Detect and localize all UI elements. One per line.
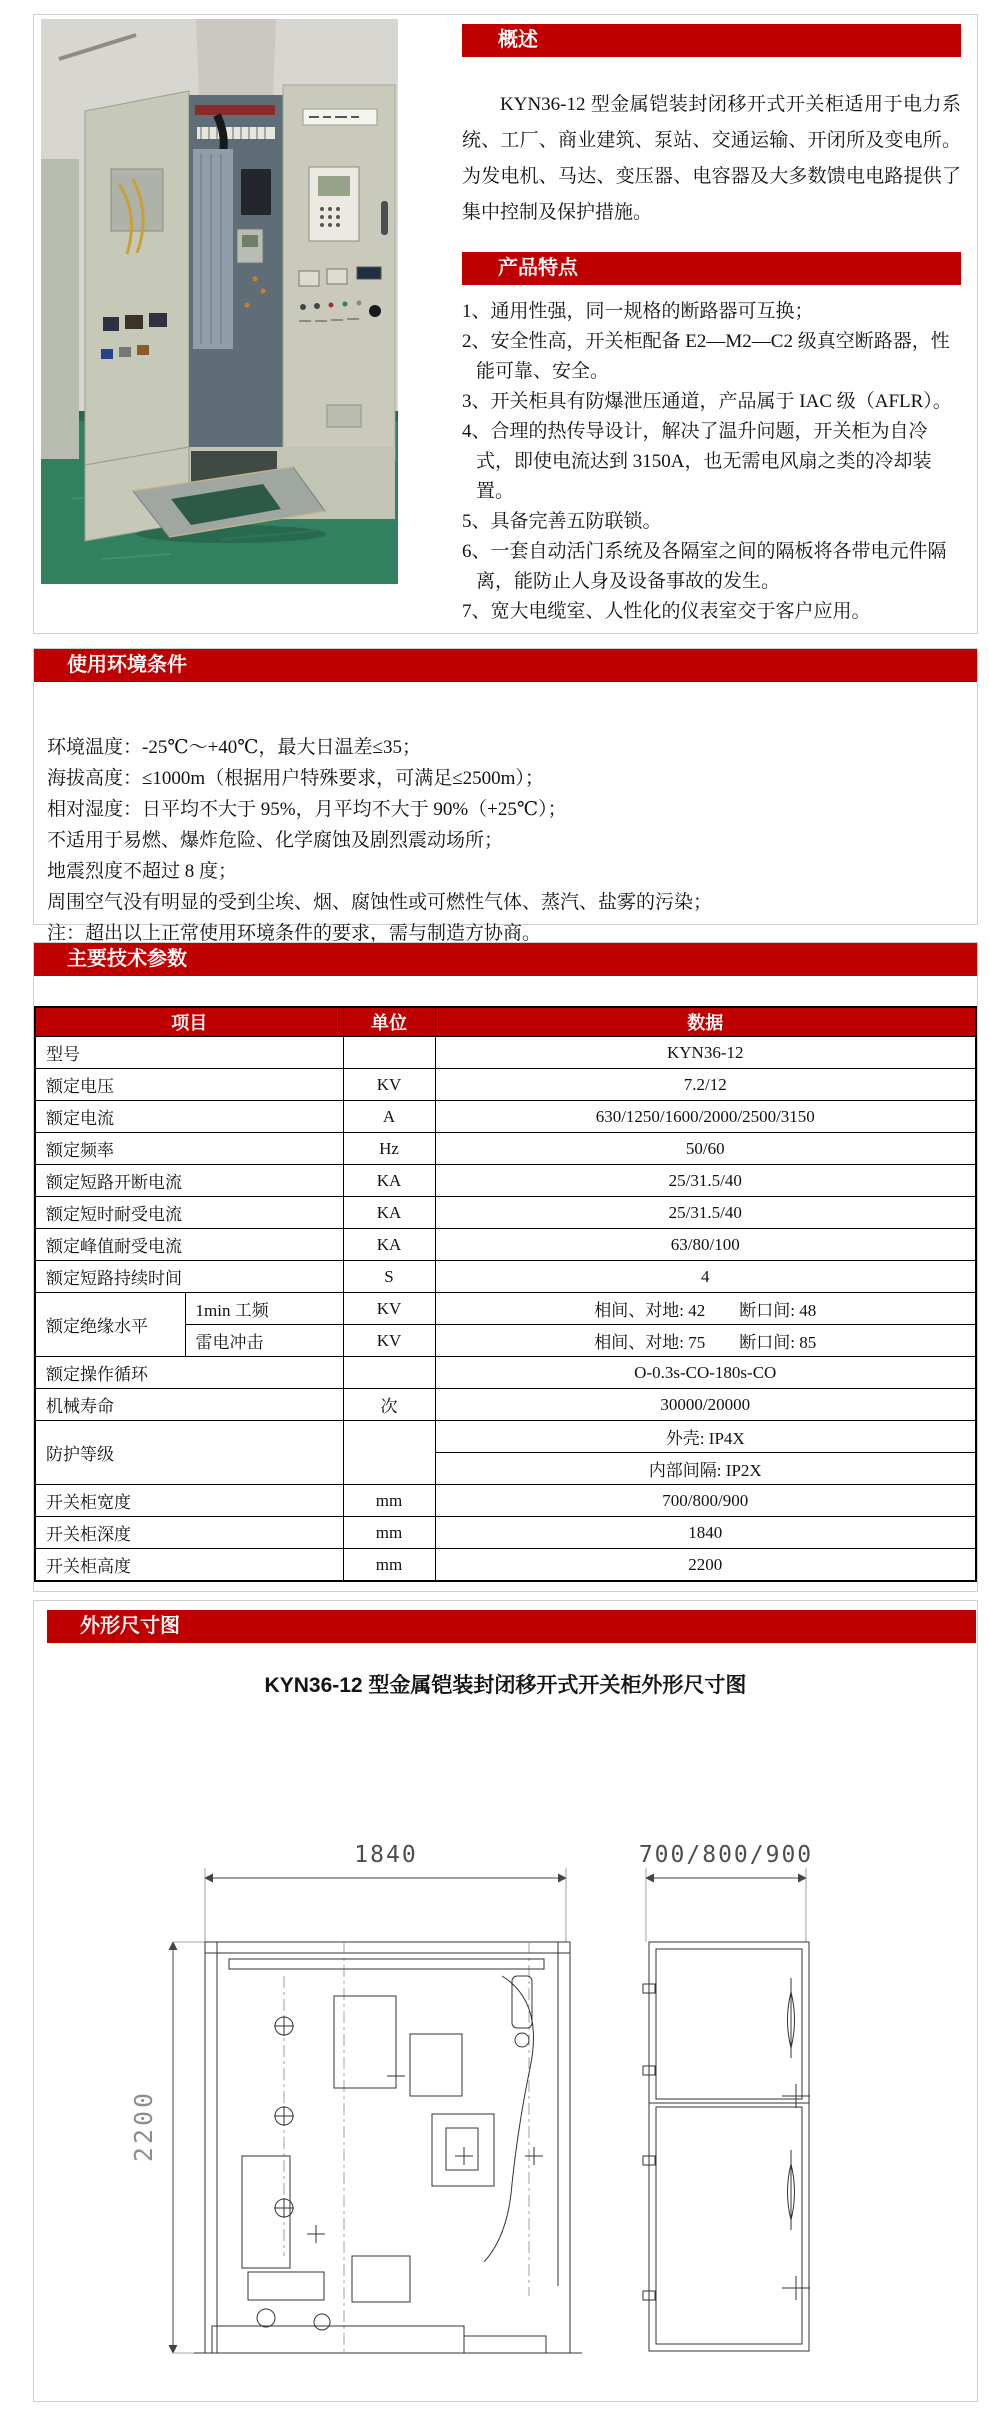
front-view-drawing <box>643 1942 810 2351</box>
table-row: 项目单位数据 <box>35 1007 976 1037</box>
environment-line: 不适用于易燃、爆炸危险、化学腐蚀及剧烈震动场所； <box>47 825 977 856</box>
param-cell: mm <box>343 1549 435 1582</box>
param-cell: Hz <box>343 1133 435 1165</box>
table-row: 型号KYN36-12 <box>35 1037 976 1069</box>
param-cell: 额定短路开断电流 <box>35 1165 343 1197</box>
feature-item: 4、合理的热传导设计，解决了温升问题，开关柜为自冷式，即使电流达到 3150A，… <box>462 417 961 507</box>
param-cell: 相间、对地: 75 断口间: 85 <box>435 1325 976 1357</box>
black-button <box>369 305 381 317</box>
features-section-header: 产品特点 <box>462 252 961 285</box>
environment-lines: 环境温度：-25℃～+40℃，最大日温差≤35； 海拔高度：≤1000m（根据用… <box>47 732 977 949</box>
param-cell <box>343 1037 435 1069</box>
param-cell: mm <box>343 1485 435 1517</box>
side-view-drawing <box>194 1942 582 2353</box>
param-cell: 630/1250/1600/2000/2500/3150 <box>435 1101 976 1133</box>
left-cabinet <box>41 159 79 459</box>
dimension-drawing: 1840 700/800/900 2200 <box>34 1826 977 2371</box>
param-cell: 4 <box>435 1261 976 1293</box>
overview-section-header: 概述 <box>462 24 961 57</box>
table-row: 机械寿命次30000/20000 <box>35 1389 976 1421</box>
param-cell: A <box>343 1101 435 1133</box>
door-handle <box>381 201 388 235</box>
feature-item: 6、一套自动活门系统及各隔室之间的隔板将各带电元件隔离，能防止人身及设备事故的发… <box>462 537 961 597</box>
parameters-table-head: 项目单位数据 <box>35 1007 976 1037</box>
param-cell: 25/31.5/40 <box>435 1197 976 1229</box>
param-cell: mm <box>343 1517 435 1549</box>
dim-depth-label: 1840 <box>354 1842 417 1868</box>
param-cell: KV <box>343 1325 435 1357</box>
param-cell: 外壳: IP4X <box>435 1421 976 1453</box>
param-cell <box>343 1357 435 1389</box>
environment-line: 环境温度：-25℃～+40℃，最大日温差≤35； <box>47 732 977 763</box>
overview-title: 概述 <box>498 29 538 51</box>
param-cell: O-0.3s-CO-180s-CO <box>435 1357 976 1389</box>
param-cell: 7.2/12 <box>435 1069 976 1101</box>
param-cell: KA <box>343 1197 435 1229</box>
param-cell: 开关柜宽度 <box>35 1485 343 1517</box>
param-cell: S <box>343 1261 435 1293</box>
table-row: 额定峰值耐受电流KA63/80/100 <box>35 1229 976 1261</box>
environment-section-header: 使用环境条件 <box>34 649 977 682</box>
parameters-table: 项目单位数据 型号KYN36-12额定电压KV7.2/12额定电流A630/12… <box>34 1006 977 1582</box>
environment-title: 使用环境条件 <box>67 654 187 676</box>
feature-item: 3、开关柜具有防爆泄压通道，产品属于 IAC 级（AFLR）。 <box>462 387 961 417</box>
dim-depth: 1840 <box>205 1842 566 1942</box>
param-cell: 开关柜深度 <box>35 1517 343 1549</box>
param-cell: 机械寿命 <box>35 1389 343 1421</box>
param-cell: 相间、对地: 42 断口间: 48 <box>435 1293 976 1325</box>
param-cell: 63/80/100 <box>435 1229 976 1261</box>
table-row: 额定短路持续时间S4 <box>35 1261 976 1293</box>
table-row: 开关柜高度mm2200 <box>35 1549 976 1582</box>
dim-height: 2200 <box>129 1942 205 2353</box>
param-cell: 额定电压 <box>35 1069 343 1101</box>
drawing-caption: KYN36-12 型金属铠装封闭移开式开关柜外形尺寸图 <box>34 1669 977 1699</box>
param-cell: 雷电冲击 <box>185 1325 343 1357</box>
parameters-title: 主要技术参数 <box>67 948 187 970</box>
environment-line: 周围空气没有明显的受到尘埃、烟、腐蚀性或可燃性气体、蒸汽、盐雾的污染； <box>47 887 977 918</box>
feature-item: 5、具备完善五防联锁。 <box>462 507 961 537</box>
param-cell: 开关柜高度 <box>35 1549 343 1582</box>
table-row: 额定绝缘水平1min 工频KV相间、对地: 42 断口间: 48 <box>35 1293 976 1325</box>
param-cell: 内部间隔: IP2X <box>435 1453 976 1485</box>
dim-width: 700/800/900 <box>639 1842 813 1942</box>
param-cell: 700/800/900 <box>435 1485 976 1517</box>
param-cell: KA <box>343 1165 435 1197</box>
drawing-section-header: 外形尺寸图 <box>47 1610 976 1643</box>
feature-item: 2、安全性高，开关柜配备 E2—M2—C2 级真空断路器，性能可靠、安全。 <box>462 327 961 387</box>
intro-right-column: 概述 KYN36-12 型金属铠装封闭移开式开关柜适用于电力系统、工厂、商业建筑… <box>462 15 961 627</box>
environment-section: 使用环境条件 环境温度：-25℃～+40℃，最大日温差≤35； 海拔高度：≤10… <box>33 648 978 925</box>
param-cell: 额定短时耐受电流 <box>35 1197 343 1229</box>
open-door-left <box>85 91 189 465</box>
param-cell: 2200 <box>435 1549 976 1582</box>
param-cell: 额定频率 <box>35 1133 343 1165</box>
param-cell: KYN36-12 <box>435 1037 976 1069</box>
table-row: 额定频率Hz50/60 <box>35 1133 976 1165</box>
param-header-cell: 单位 <box>343 1007 435 1037</box>
param-cell: KA <box>343 1229 435 1261</box>
param-cell: 防护等级 <box>35 1421 343 1485</box>
param-cell: 25/31.5/40 <box>435 1165 976 1197</box>
param-cell: 额定峰值耐受电流 <box>35 1229 343 1261</box>
table-row: 额定短时耐受电流KA25/31.5/40 <box>35 1197 976 1229</box>
product-photo <box>41 19 398 584</box>
product-datasheet-page: { "colors":{"accent_red":"#c00000","head… <box>0 0 989 2424</box>
param-cell: 额定电流 <box>35 1101 343 1133</box>
table-row: 额定操作循环O-0.3s-CO-180s-CO <box>35 1357 976 1389</box>
table-row: 开关柜宽度mm700/800/900 <box>35 1485 976 1517</box>
features-title: 产品特点 <box>498 257 578 279</box>
table-row: 额定电压KV7.2/12 <box>35 1069 976 1101</box>
param-header-cell: 项目 <box>35 1007 343 1037</box>
environment-line: 相对湿度：日平均不大于 95%，月平均不大于 90%（+25℃）； <box>47 794 977 825</box>
parameters-table-body: 型号KYN36-12额定电压KV7.2/12额定电流A630/1250/1600… <box>35 1037 976 1582</box>
param-cell: 1840 <box>435 1517 976 1549</box>
dim-height-label: 2200 <box>129 2090 158 2162</box>
dim-width-label: 700/800/900 <box>639 1842 813 1868</box>
parameters-section: 主要技术参数 项目单位数据 型号KYN36-12额定电压KV7.2/12额定电流… <box>33 942 978 1592</box>
overview-paragraph: KYN36-12 型金属铠装封闭移开式开关柜适用于电力系统、工厂、商业建筑、泵站… <box>462 87 961 231</box>
parameters-section-header: 主要技术参数 <box>34 943 977 976</box>
param-cell: 额定短路持续时间 <box>35 1261 343 1293</box>
table-row: 开关柜深度mm1840 <box>35 1517 976 1549</box>
table-row: 防护等级外壳: IP4X <box>35 1421 976 1453</box>
table-row: 额定电流A630/1250/1600/2000/2500/3150 <box>35 1101 976 1133</box>
feature-item: 1、通用性强，同一规格的断路器可互换； <box>462 297 961 327</box>
param-cell: 次 <box>343 1389 435 1421</box>
environment-line: 地震烈度不超过 8 度； <box>47 856 977 887</box>
param-header-cell: 数据 <box>435 1007 976 1037</box>
param-cell: 1min 工频 <box>185 1293 343 1325</box>
param-cell: 额定绝缘水平 <box>35 1293 185 1357</box>
param-cell: 30000/20000 <box>435 1389 976 1421</box>
feature-item: 7、宽大电缆室、人性化的仪表室交于客户应用。 <box>462 597 961 627</box>
param-cell: KV <box>343 1293 435 1325</box>
param-cell: 额定操作循环 <box>35 1357 343 1389</box>
param-cell <box>343 1421 435 1485</box>
table-row: 额定短路开断电流KA25/31.5/40 <box>35 1165 976 1197</box>
dimension-drawing-section: 外形尺寸图 KYN36-12 型金属铠装封闭移开式开关柜外形尺寸图 1840 7… <box>33 1600 978 2402</box>
environment-line: 海拔高度：≤1000m（根据用户特殊要求，可满足≤2500m）； <box>47 763 977 794</box>
product-photo-image <box>41 19 398 584</box>
param-cell: 50/60 <box>435 1133 976 1165</box>
drawing-title: 外形尺寸图 <box>80 1615 180 1637</box>
intro-section: 概述 KYN36-12 型金属铠装封闭移开式开关柜适用于电力系统、工厂、商业建筑… <box>33 14 978 634</box>
features-list: 1、通用性强，同一规格的断路器可互换； 2、安全性高，开关柜配备 E2—M2—C… <box>462 297 961 627</box>
param-cell: KV <box>343 1069 435 1101</box>
param-cell: 型号 <box>35 1037 343 1069</box>
